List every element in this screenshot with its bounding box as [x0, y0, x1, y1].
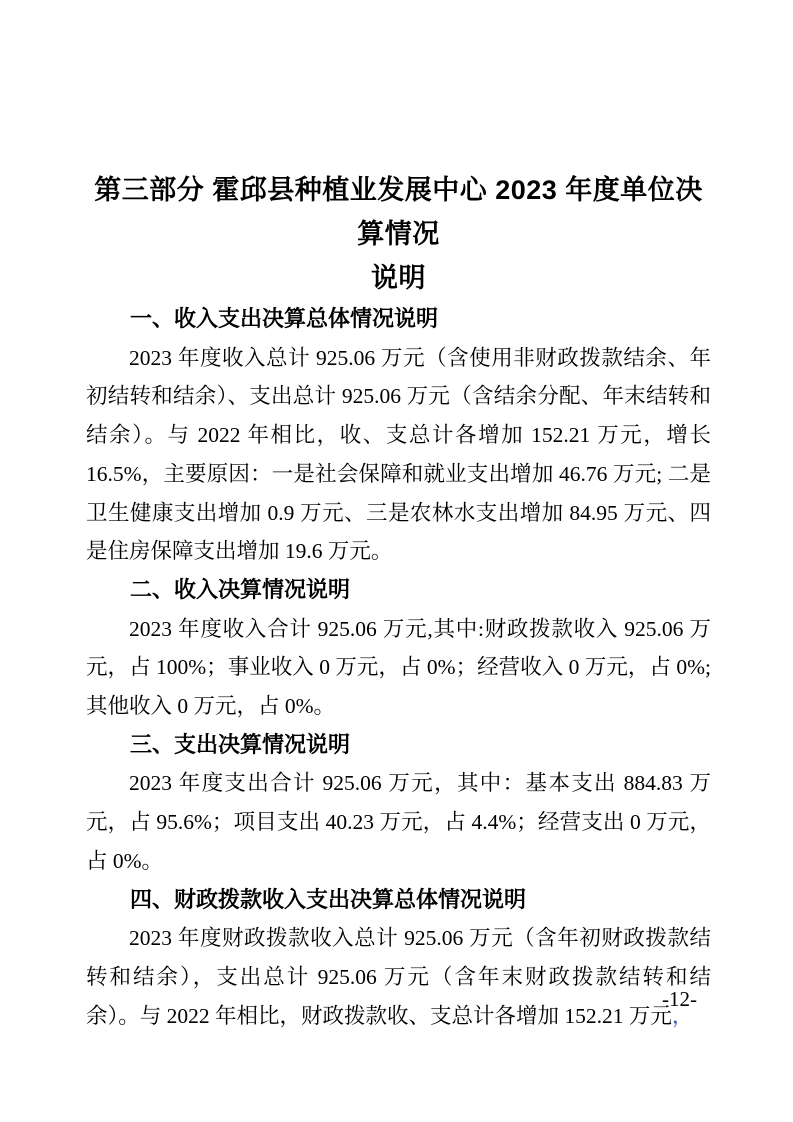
- page-title: 第三部分 霍邱县种植业发展中心 2023 年度单位决算情况 说明: [86, 168, 711, 300]
- section-heading-2: 二、收入决算情况说明: [86, 571, 711, 610]
- section-paragraph-3: 2023 年度支出合计 925.06 万元，其中：基本支出 884.83 万元，…: [86, 764, 711, 880]
- section-heading-4: 四、财政拨款收入支出决算总体情况说明: [86, 881, 711, 920]
- section-paragraph-2: 2023 年度收入合计 925.06 万元,其中:财政拨款收入 925.06 万…: [86, 610, 711, 726]
- page-number: -12-: [662, 986, 697, 1012]
- page-title-line-2: 说明: [86, 256, 711, 300]
- section-paragraph-4: 2023 年度财政拨款收入总计 925.06 万元（含年初财政拨款结转和结余），…: [86, 919, 711, 1035]
- section-heading-1: 一、收入支出决算总体情况说明: [86, 300, 711, 339]
- section-paragraph-4-text: 2023 年度财政拨款收入总计 925.06 万元（含年初财政拨款结转和结余），…: [86, 926, 711, 1027]
- section-fiscal-appropriation-overview: 四、财政拨款收入支出决算总体情况说明 2023 年度财政拨款收入总计 925.0…: [86, 881, 711, 1036]
- section-paragraph-1: 2023 年度收入总计 925.06 万元（含使用非财政拨款结余、年初结转和结余…: [86, 339, 711, 571]
- page-title-line-1: 第三部分 霍邱县种植业发展中心 2023 年度单位决算情况: [86, 168, 711, 256]
- document-page: 第三部分 霍邱县种植业发展中心 2023 年度单位决算情况 说明 一、收入支出决…: [0, 0, 793, 1122]
- section-expenditure-details: 三、支出决算情况说明 2023 年度支出合计 925.06 万元，其中：基本支出…: [86, 726, 711, 881]
- section-income-expenditure-overview: 一、收入支出决算总体情况说明 2023 年度收入总计 925.06 万元（含使用…: [86, 300, 711, 571]
- section-income-details: 二、收入决算情况说明 2023 年度收入合计 925.06 万元,其中:财政拨款…: [86, 571, 711, 726]
- section-heading-3: 三、支出决算情况说明: [86, 726, 711, 765]
